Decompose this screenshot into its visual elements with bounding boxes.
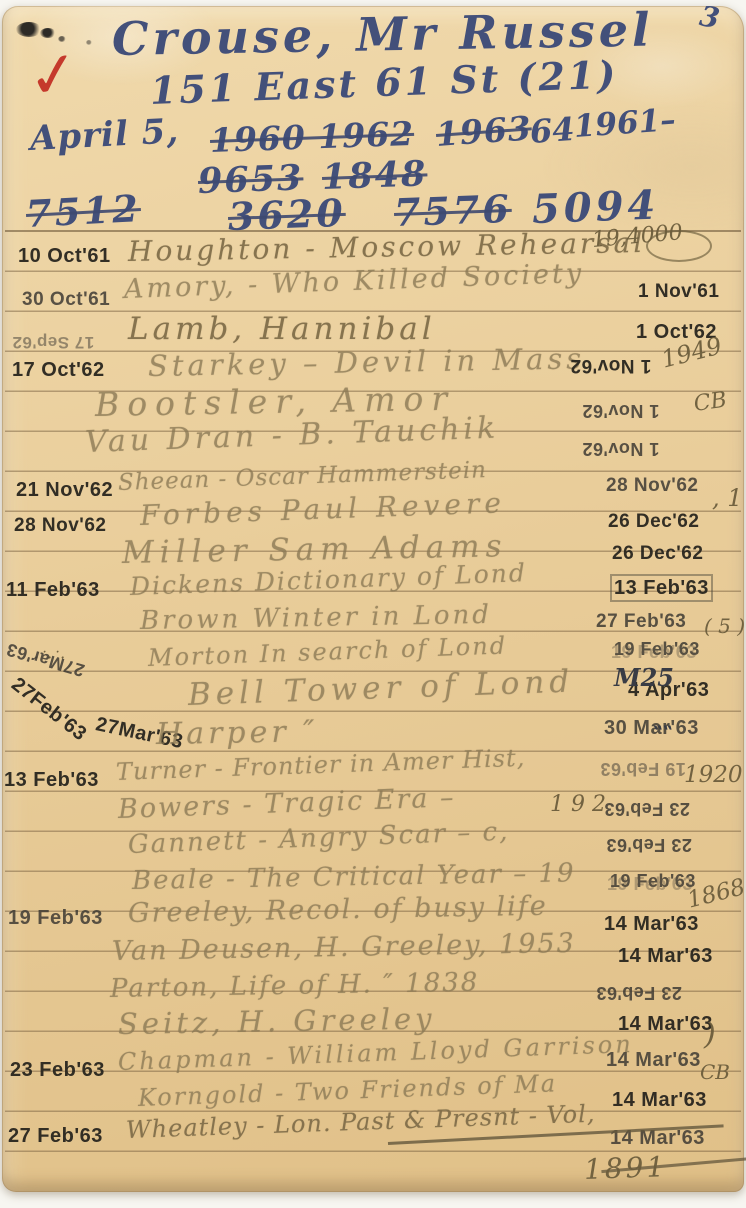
right-date-stamp: 14 Mar'63 bbox=[604, 914, 699, 934]
right-date-stamp: 1 Nov'62 bbox=[570, 356, 651, 375]
pencil-note: 1 9 2 bbox=[550, 794, 606, 816]
pencil-note: ) bbox=[704, 1020, 716, 1050]
pencil-note: ‶‶ bbox=[650, 724, 670, 746]
entry-title-handwriting: Beale - The Critical Year – 19 bbox=[132, 860, 576, 894]
left-date-stamp: 13 Feb'63 bbox=[4, 770, 99, 790]
entry-title-handwriting: Parton, Life of H. ″ 1838 bbox=[110, 970, 480, 1002]
right-date-stamp: 14 Mar'63 bbox=[612, 1090, 707, 1110]
pencil-note: CB bbox=[700, 1062, 730, 1082]
entry-title-handwriting: Bell Tower of Lond bbox=[187, 667, 574, 711]
date-stamp: 27Mar'63 bbox=[4, 640, 86, 679]
left-date-stamp: 28 Nov'62 bbox=[14, 516, 106, 535]
right-date-stamp: 19 Feb'63 bbox=[600, 760, 686, 778]
right-date-stamp: 26 Dec'62 bbox=[608, 512, 699, 531]
left-date-stamp: 17 Oct'62 bbox=[12, 360, 105, 380]
entry-title-handwriting: Lamb, Hannibal bbox=[128, 314, 436, 345]
pencil-note: ( 5 ) bbox=[704, 616, 745, 636]
right-date-stamp: 14 Mar'63 bbox=[618, 946, 713, 966]
pencil-note: M25 bbox=[614, 666, 674, 690]
left-date-stamp: 10 Oct'61 bbox=[18, 246, 111, 266]
right-date-stamp: 1 Nov'62 bbox=[582, 402, 659, 420]
membership-date: April 5, bbox=[29, 114, 180, 156]
right-date-stamp: 19 Feb'63 bbox=[614, 640, 700, 658]
right-date-stamp: 23 Feb'63 bbox=[606, 836, 692, 854]
left-date-stamp: 19 Feb'63 bbox=[8, 908, 103, 928]
right-date-stamp: 23 Feb'63 bbox=[604, 800, 690, 818]
left-date-stamp: 21 Nov'62 bbox=[16, 480, 113, 500]
pencil-note: , 1 bbox=[712, 486, 743, 510]
entry-title-handwriting: Greeley, Recol. of busy life bbox=[128, 893, 548, 927]
entry-title-handwriting: Brown Winter in Lond bbox=[140, 602, 492, 634]
right-date-stamp: 1 Nov'61 bbox=[638, 282, 719, 301]
entry-title-handwriting: Bowers - Tragic Era – bbox=[118, 784, 456, 823]
right-date-stamp: 1 Nov'62 bbox=[582, 440, 659, 458]
right-date-stamp: 19 Feb'63 bbox=[610, 872, 696, 890]
date-stamp: 27Feb'63 bbox=[8, 674, 90, 744]
pencil-circle bbox=[646, 230, 712, 262]
entry-title-handwriting: Starkey – Devil in Mass bbox=[148, 344, 586, 381]
year-note: 64 bbox=[529, 113, 576, 148]
crossed-year: 1960 1962 bbox=[209, 117, 414, 157]
left-date-stamp: 27 Feb'63 bbox=[8, 1126, 103, 1146]
right-date-stamp: 28 Nov'62 bbox=[606, 476, 698, 495]
crossed-number: 3620 bbox=[227, 194, 346, 236]
crossed-year: 1963 bbox=[435, 111, 533, 151]
right-date-stamp: 13 Feb'63 bbox=[614, 578, 709, 598]
entry-title-handwriting: Morton In search of Lond bbox=[148, 633, 508, 670]
left-date-stamp: 11 Feb'63 bbox=[6, 580, 100, 600]
crossed-number: 7576 bbox=[393, 190, 512, 232]
left-date-stamp: 17 Sep'62 bbox=[12, 334, 94, 351]
entry-title-handwriting: Van Deusen, H. Greeley, 1953 bbox=[112, 930, 576, 965]
right-date-stamp: 26 Dec'62 bbox=[612, 544, 703, 563]
pencil-note: CB bbox=[692, 390, 728, 416]
pencil-note: 1920 bbox=[684, 764, 743, 787]
card-content-layer: Crouse, Mr Russel151 East 61 St (21)Apri… bbox=[0, 0, 746, 1208]
entry-title-handwriting: Harper ″ bbox=[156, 717, 319, 750]
pencil-note: 1891 bbox=[584, 1153, 668, 1184]
entry-title-handwriting: Gannett - Angry Scar – c, bbox=[128, 819, 510, 858]
right-date-stamp: 27 Feb'63 bbox=[596, 612, 686, 631]
entry-title-handwriting: Forbes Paul Revere bbox=[140, 489, 507, 530]
left-date-stamp: 23 Feb'63 bbox=[10, 1060, 105, 1080]
right-date-stamp: 14 Mar'63 bbox=[606, 1050, 701, 1070]
left-date-stamp: 30 Oct'61 bbox=[22, 290, 110, 309]
entry-title-handwriting: Seitz, H. Greeley bbox=[118, 1004, 436, 1039]
right-date-stamp: 23 Feb'63 bbox=[596, 984, 682, 1002]
year-note: 1961– bbox=[573, 105, 677, 143]
crossed-number: 7512 bbox=[25, 190, 142, 233]
